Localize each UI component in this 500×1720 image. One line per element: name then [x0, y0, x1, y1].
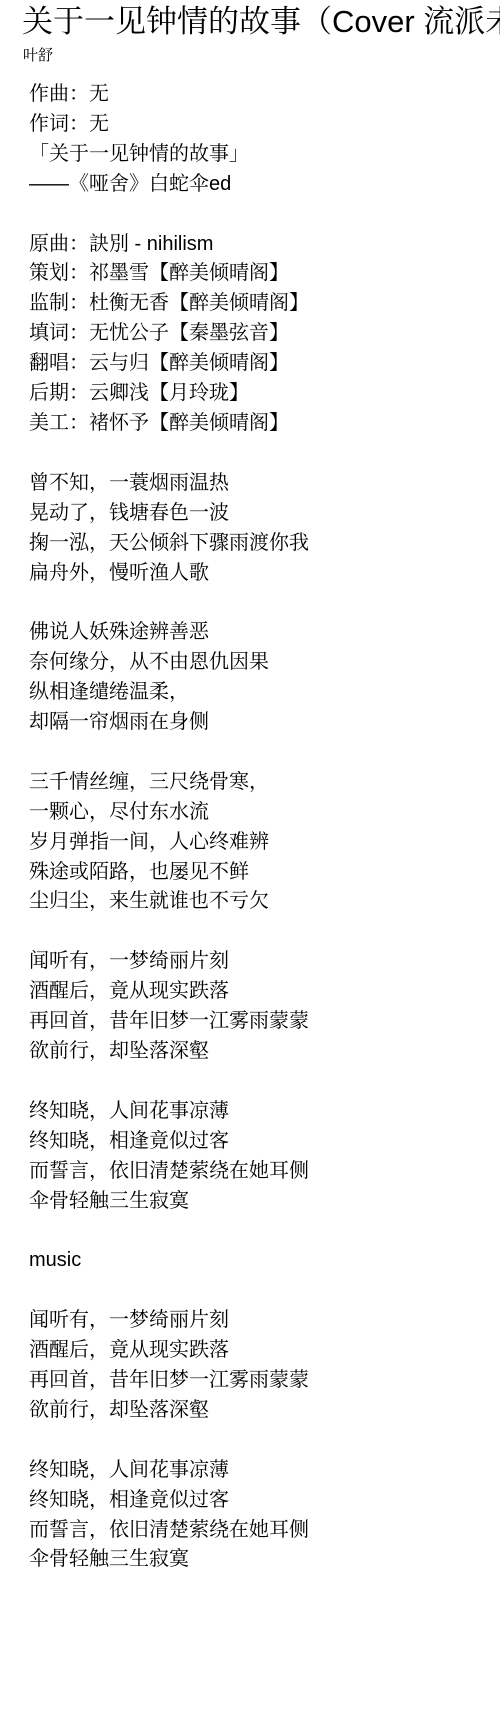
lyric-line: 终知晓，相逢竟似过客 [29, 1486, 500, 1516]
lyric-line: 翻唱：云与归【醉美倾晴阁】 [29, 349, 500, 379]
lyric-line: 伞骨轻触三生寂寞 [29, 1187, 500, 1217]
lyric-line: 酒醒后，竟从现实跌落 [29, 1336, 500, 1366]
lyric-blank-line [29, 917, 500, 947]
lyric-line: 而誓言，依旧清楚萦绕在她耳侧 [29, 1516, 500, 1546]
lyric-line: 殊途或陌路，也屡见不鲜 [29, 858, 500, 888]
lyric-line: 终知晓，相逢竟似过客 [29, 1127, 500, 1157]
lyric-line: 一颗心，尽付东水流 [29, 798, 500, 828]
lyric-line: 三千情丝缠，三尺绕骨寒， [29, 768, 500, 798]
lyrics-page: 关于一见钟情的故事（Cover 流派未 叶舒 作曲：无作词：无「关于一见钟情的故… [0, 0, 500, 1720]
lyric-line: 作词：无 [29, 110, 500, 140]
lyric-line: 扁舟外，慢听渔人歌 [29, 559, 500, 589]
lyric-blank-line [29, 738, 500, 768]
lyric-line: 作曲：无 [29, 80, 500, 110]
lyric-blank-line [29, 439, 500, 469]
lyric-line: 曾不知，一蓑烟雨温热 [29, 469, 500, 499]
lyric-line: 掬一泓，天公倾斜下骤雨渡你我 [29, 529, 500, 559]
lyric-blank-line [29, 588, 500, 618]
lyrics-block: 作曲：无作词：无「关于一见钟情的故事」——《哑舍》白蛇伞ed 原曲：訣別 - n… [29, 80, 500, 1575]
lyric-line: 再回首，昔年旧梦一江雾雨蒙蒙 [29, 1007, 500, 1037]
lyric-line: 奈何缘分，从不由恩仇因果 [29, 648, 500, 678]
lyric-line: 美工：褚怀予【醉美倾晴阁】 [29, 409, 500, 439]
lyric-blank-line [29, 1216, 500, 1246]
lyric-line: 后期：云卿浅【月玲珑】 [29, 379, 500, 409]
lyric-line: 尘归尘，来生就谁也不亏欠 [29, 887, 500, 917]
lyric-line: 终知晓，人间花事凉薄 [29, 1097, 500, 1127]
lyric-blank-line [29, 200, 500, 230]
lyric-line: 「关于一见钟情的故事」 [29, 140, 500, 170]
lyric-line: 纵相逢缱绻温柔， [29, 678, 500, 708]
lyric-blank-line [29, 1426, 500, 1456]
lyric-line: music [29, 1246, 500, 1276]
lyric-line: 欲前行，却坠落深壑 [29, 1037, 500, 1067]
lyric-blank-line [29, 1276, 500, 1306]
lyric-line: 而誓言，依旧清楚萦绕在她耳侧 [29, 1157, 500, 1187]
lyric-line: 伞骨轻触三生寂寞 [29, 1545, 500, 1575]
lyric-line: 却隔一帘烟雨在身侧 [29, 708, 500, 738]
lyric-line: 酒醒后，竟从现实跌落 [29, 977, 500, 1007]
lyric-line: 填词：无忧公子【秦墨弦音】 [29, 319, 500, 349]
lyric-line: 晃动了，钱塘春色一波 [29, 499, 500, 529]
lyric-line: 闻听有，一梦绮丽片刻 [29, 1306, 500, 1336]
artist-name: 叶舒 [23, 46, 500, 66]
song-title: 关于一见钟情的故事（Cover 流派未 [0, 0, 500, 41]
lyric-line: 欲前行，却坠落深壑 [29, 1396, 500, 1426]
lyric-line: 终知晓，人间花事凉薄 [29, 1456, 500, 1486]
lyric-blank-line [29, 1067, 500, 1097]
lyric-line: 策划：祁墨雪【醉美倾晴阁】 [29, 259, 500, 289]
lyric-line: 岁月弹指一间，人心终难辨 [29, 828, 500, 858]
lyric-line: 监制：杜衡无香【醉美倾晴阁】 [29, 289, 500, 319]
lyric-line: 原曲：訣別 - nihilism [29, 230, 500, 260]
lyric-line: 佛说人妖殊途辨善恶 [29, 618, 500, 648]
lyric-line: 再回首，昔年旧梦一江雾雨蒙蒙 [29, 1366, 500, 1396]
lyric-line: ——《哑舍》白蛇伞ed [29, 170, 500, 200]
lyric-line: 闻听有，一梦绮丽片刻 [29, 947, 500, 977]
